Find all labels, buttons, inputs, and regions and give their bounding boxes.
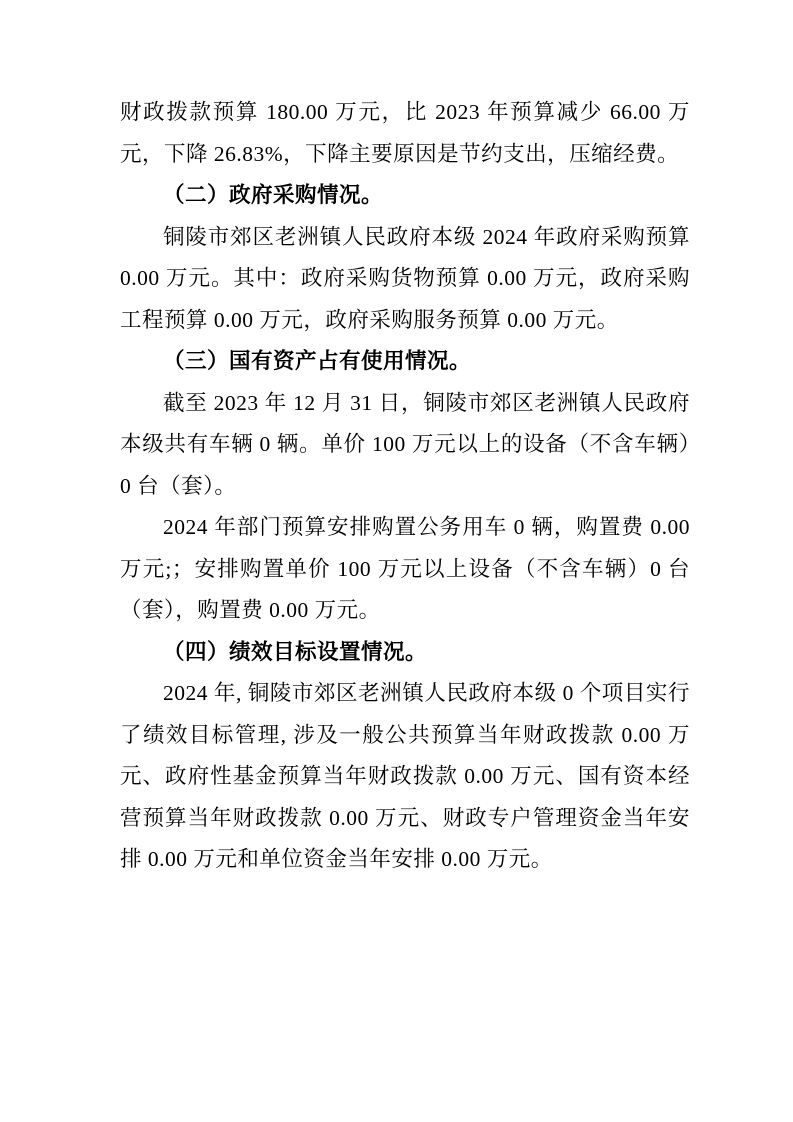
section-heading: （二）政府采购情况。	[120, 175, 690, 217]
body-paragraph: 截至 2023 年 12 月 31 日，铜陵市郊区老洲镇人民政府本级共有车辆 0…	[120, 383, 690, 508]
document-content: 财政拨款预算 180.00 万元，比 2023 年预算减少 66.00 万元，下…	[120, 92, 690, 881]
body-paragraph: 财政拨款预算 180.00 万元，比 2023 年预算减少 66.00 万元，下…	[120, 92, 690, 175]
body-paragraph: 2024 年部门预算安排购置公务用车 0 辆，购置费 0.00 万元;；安排购置…	[120, 507, 690, 632]
body-paragraph: 2024 年, 铜陵市郊区老洲镇人民政府本级 0 个项目实行了绩效目标管理, 涉…	[120, 673, 690, 881]
body-paragraph: 铜陵市郊区老洲镇人民政府本级 2024 年政府采购预算 0.00 万元。其中：政…	[120, 217, 690, 342]
document-page: 财政拨款预算 180.00 万元，比 2023 年预算减少 66.00 万元，下…	[0, 0, 793, 1122]
section-heading: （三）国有资产占有使用情况。	[120, 341, 690, 383]
section-heading: （四）绩效目标设置情况。	[120, 632, 690, 674]
